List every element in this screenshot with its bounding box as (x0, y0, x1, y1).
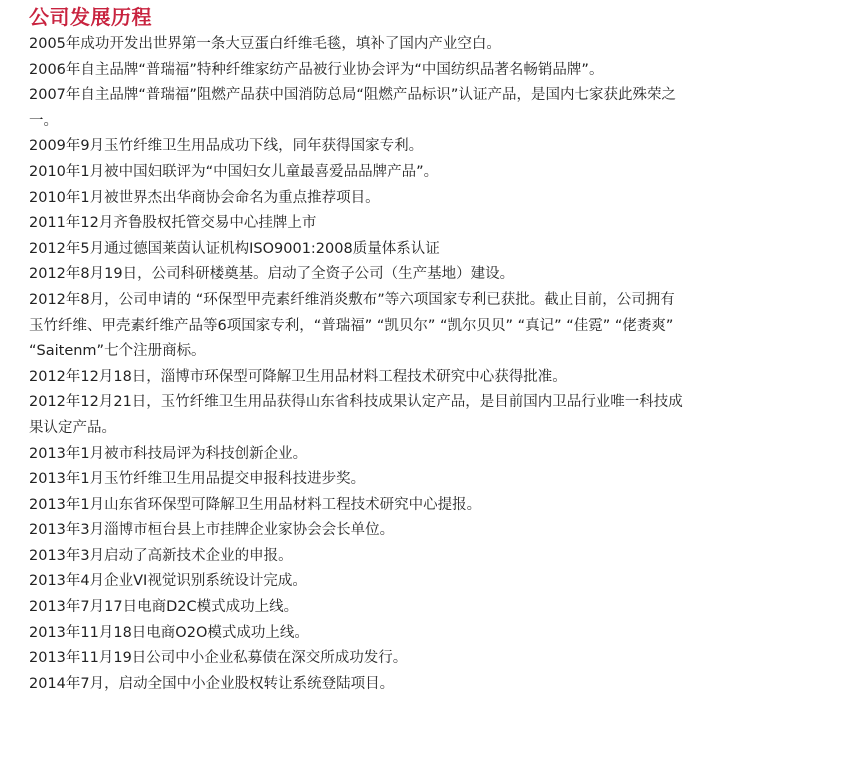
timeline-item: 2012年12月21日，玉竹纤维卫生用品获得山东省科技成果认定产品，是目前国内卫… (29, 390, 689, 441)
timeline-item: 2009年9月玉竹纤维卫生用品成功下线，同年获得国家专利。 (29, 134, 689, 160)
timeline-item: 2012年5月通过德国莱茵认证机构ISO9001:2008质量体系认证 (29, 237, 689, 263)
timeline-item: 2007年自主品牌“普瑞福”阻燃产品获中国消防总局“阻燃产品标识”认证产品，是国… (29, 83, 689, 134)
timeline-item: 2013年1月山东省环保型可降解卫生用品材料工程技术研究中心提报。 (29, 493, 689, 519)
timeline-item: 2005年成功开发出世界第一条大豆蛋白纤维毛毯，填补了国内产业空白。 (29, 32, 689, 58)
timeline-item: 2013年3月启动了高新技术企业的申报。 (29, 544, 689, 570)
timeline-item: 2012年8月，公司申请的 “环保型甲壳素纤维消炎敷布”等六项国家专利已获批。截… (29, 288, 689, 365)
timeline-item: 2013年11月18日电商O2O模式成功上线。 (29, 621, 689, 647)
timeline-item: 2013年3月淄博市桓台县上市挂牌企业家协会会长单位。 (29, 518, 689, 544)
timeline-item: 2013年1月被市科技局评为科技创新企业。 (29, 442, 689, 468)
timeline-item: 2012年8月19日，公司科研楼奠基。启动了全资子公司（生产基地）建设。 (29, 262, 689, 288)
section-title: 公司发展历程 (29, 4, 689, 30)
timeline-item: 2014年7月，启动全国中小企业股权转让系统登陆项目。 (29, 672, 689, 698)
timeline-item: 2006年自主品牌“普瑞福”特种纤维家纺产品被行业协会评为“中国纺织品著名畅销品… (29, 58, 689, 84)
history-timeline: 2005年成功开发出世界第一条大豆蛋白纤维毛毯，填补了国内产业空白。 2006年… (29, 32, 689, 697)
timeline-item: 2013年1月玉竹纤维卫生用品提交申报科技进步奖。 (29, 467, 689, 493)
timeline-item: 2011年12月齐鲁股权托管交易中心挂牌上市 (29, 211, 689, 237)
company-history-section: 公司发展历程 2005年成功开发出世界第一条大豆蛋白纤维毛毯，填补了国内产业空白… (0, 0, 689, 697)
timeline-item: 2010年1月被世界杰出华商协会命名为重点推荐项目。 (29, 186, 689, 212)
timeline-item: 2010年1月被中国妇联评为“中国妇女儿童最喜爱品品牌产品”。 (29, 160, 689, 186)
timeline-item: 2013年11月19日公司中小企业私募债在深交所成功发行。 (29, 646, 689, 672)
timeline-item: 2013年7月17日电商D2C模式成功上线。 (29, 595, 689, 621)
timeline-item: 2013年4月企业VI视觉识别系统设计完成。 (29, 569, 689, 595)
timeline-item: 2012年12月18日，淄博市环保型可降解卫生用品材料工程技术研究中心获得批准。 (29, 365, 689, 391)
